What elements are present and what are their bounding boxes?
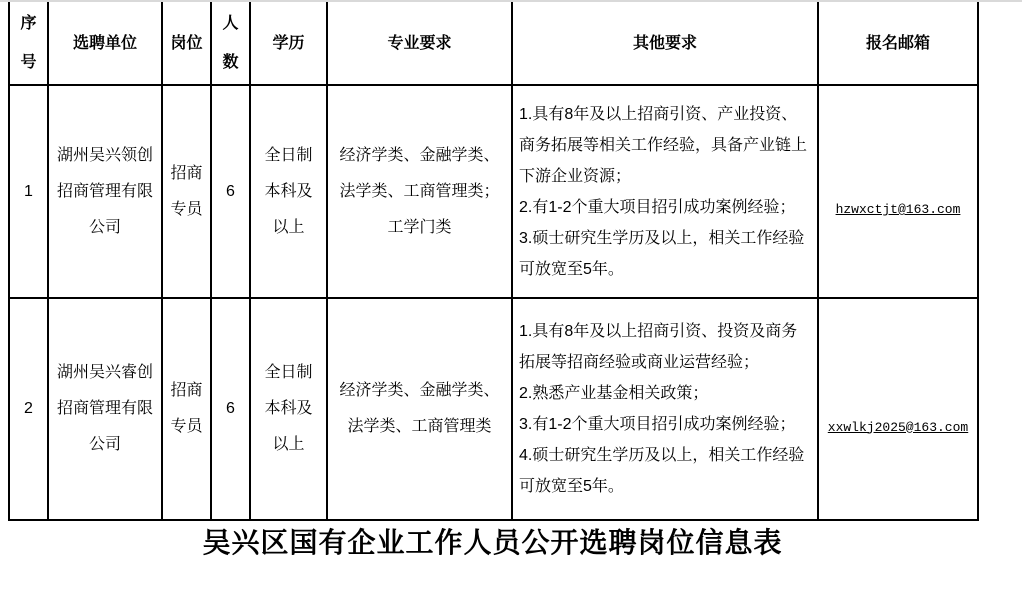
cell-no: 1	[9, 85, 48, 298]
cell-unit: 湖州吴兴领创 招商管理有限 公司	[48, 85, 162, 298]
header-cell-major: 专业要求	[327, 2, 512, 85]
header-cell-unit: 选聘单位	[48, 2, 162, 85]
job-table: 序 号 选聘单位 岗位 人 数 学历 专业要求 其他要求 报名邮箱 1 湖州吴兴…	[8, 2, 979, 521]
cell-email: hzwxctjt@163.com	[818, 85, 978, 298]
cell-position: 招商 专员	[162, 298, 211, 520]
email-link[interactable]: hzwxctjt@163.com	[836, 202, 961, 217]
header-cell-education: 学历	[250, 2, 327, 85]
cell-email: xxwlkj2025@163.com	[818, 298, 978, 520]
cell-no: 2	[9, 298, 48, 520]
cell-other-requirements: 1.具有8年及以上招商引资、投资及商务 拓展等招商经验或商业运营经验； 2.熟悉…	[512, 298, 818, 520]
cell-position: 招商 专员	[162, 85, 211, 298]
header-cell-other: 其他要求	[512, 2, 818, 85]
cell-education: 全日制 本科及 以上	[250, 298, 327, 520]
header-cell-no: 序 号	[9, 2, 48, 85]
cell-count: 6	[211, 85, 250, 298]
header-cell-count: 人 数	[211, 2, 250, 85]
cell-unit: 湖州吴兴睿创 招商管理有限 公司	[48, 298, 162, 520]
cell-count: 6	[211, 298, 250, 520]
cell-other-requirements: 1.具有8年及以上招商引资、产业投资、 商务拓展等相关工作经验，具备产业链上 下…	[512, 85, 818, 298]
table-row: 2 湖州吴兴睿创 招商管理有限 公司 招商 专员 6 全日制 本科及 以上 经济…	[9, 298, 978, 520]
email-link[interactable]: xxwlkj2025@163.com	[828, 420, 968, 435]
cell-education: 全日制 本科及 以上	[250, 85, 327, 298]
header-row: 序 号 选聘单位 岗位 人 数 学历 专业要求 其他要求 报名邮箱	[9, 2, 978, 85]
table-row: 1 湖州吴兴领创 招商管理有限 公司 招商 专员 6 全日制 本科及 以上 经济…	[9, 85, 978, 298]
cell-major: 经济学类、金融学类、 法学类、工商管理类	[327, 298, 512, 520]
table-caption-title: 吴兴区国有企业工作人员公开选聘岗位信息表	[8, 525, 977, 561]
header-cell-position: 岗位	[162, 2, 211, 85]
document-page: 序 号 选聘单位 岗位 人 数 学历 专业要求 其他要求 报名邮箱 1 湖州吴兴…	[0, 0, 1022, 592]
header-cell-email: 报名邮箱	[818, 2, 978, 85]
cell-major: 经济学类、金融学类、 法学类、工商管理类； 工学门类	[327, 85, 512, 298]
